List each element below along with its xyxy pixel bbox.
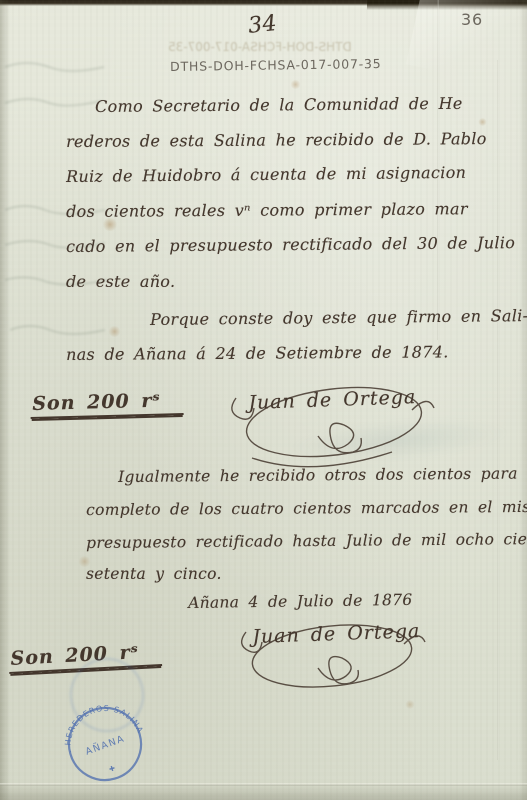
receipt1-line: Como Secretario de la Comunidad de He (95, 94, 463, 116)
stain (290, 80, 301, 89)
bleedthrough-handwriting-top (0, 55, 110, 125)
folio-number-ink: 34 (247, 11, 278, 39)
fold-crease-vertical-2 (497, 60, 499, 760)
stamp-center-text: AÑANA (84, 733, 126, 757)
signature-2: Juan de Ortega (252, 620, 421, 648)
bleedthrough-reference: DTHS-DOH-FCHSA-017-007-35 (168, 40, 352, 54)
archive-reference-code: DTHS-DOH-FCHSA-017-007-35 (170, 56, 382, 74)
signature-1: Juan de Ortega (248, 386, 417, 414)
receipt2-line: setenta y cinco. (86, 565, 222, 583)
receipt1-line: cado en el presupuesto rectificado del 3… (66, 233, 515, 256)
bleedthrough-swirl (289, 412, 511, 467)
receipt2-line: presupuesto rectificado hasta Julio de m… (86, 530, 527, 552)
receipt2-line: completo de los cuatro cientos marcados … (86, 498, 527, 519)
receipt2-date: Añana 4 de Julio de 1876 (188, 591, 413, 612)
receipt1-line: de este año. (66, 272, 175, 291)
stain (405, 700, 415, 709)
receipt1-line: rederos de esta Salina he recibido de D.… (66, 129, 487, 151)
page-edge-right (519, 0, 527, 800)
manuscript-page: DTHS-DOH-FCHSA-017-007-35 34 36 DTHS-DOH… (0, 0, 527, 800)
stain (478, 118, 487, 126)
receipt1-closing-line: Porque conste doy este que firmo en Sali… (150, 306, 527, 329)
receipt1-line: dos cientos reales vⁿ como primer plazo … (66, 199, 468, 221)
stamp-cross-icon: ✚ (108, 764, 116, 773)
amount-note-1: Son 200 rˢ (30, 389, 183, 419)
receipt1-closing-line: nas de Añana á 24 de Setiembre de 1874. (66, 342, 449, 364)
receipt2-line: Igualmente he recibido otros dos cientos… (118, 465, 518, 486)
receipt1-line: Ruiz de Huidobro á cuenta de mi asignaci… (66, 163, 466, 186)
folio-number-pencil: 36 (461, 10, 483, 29)
